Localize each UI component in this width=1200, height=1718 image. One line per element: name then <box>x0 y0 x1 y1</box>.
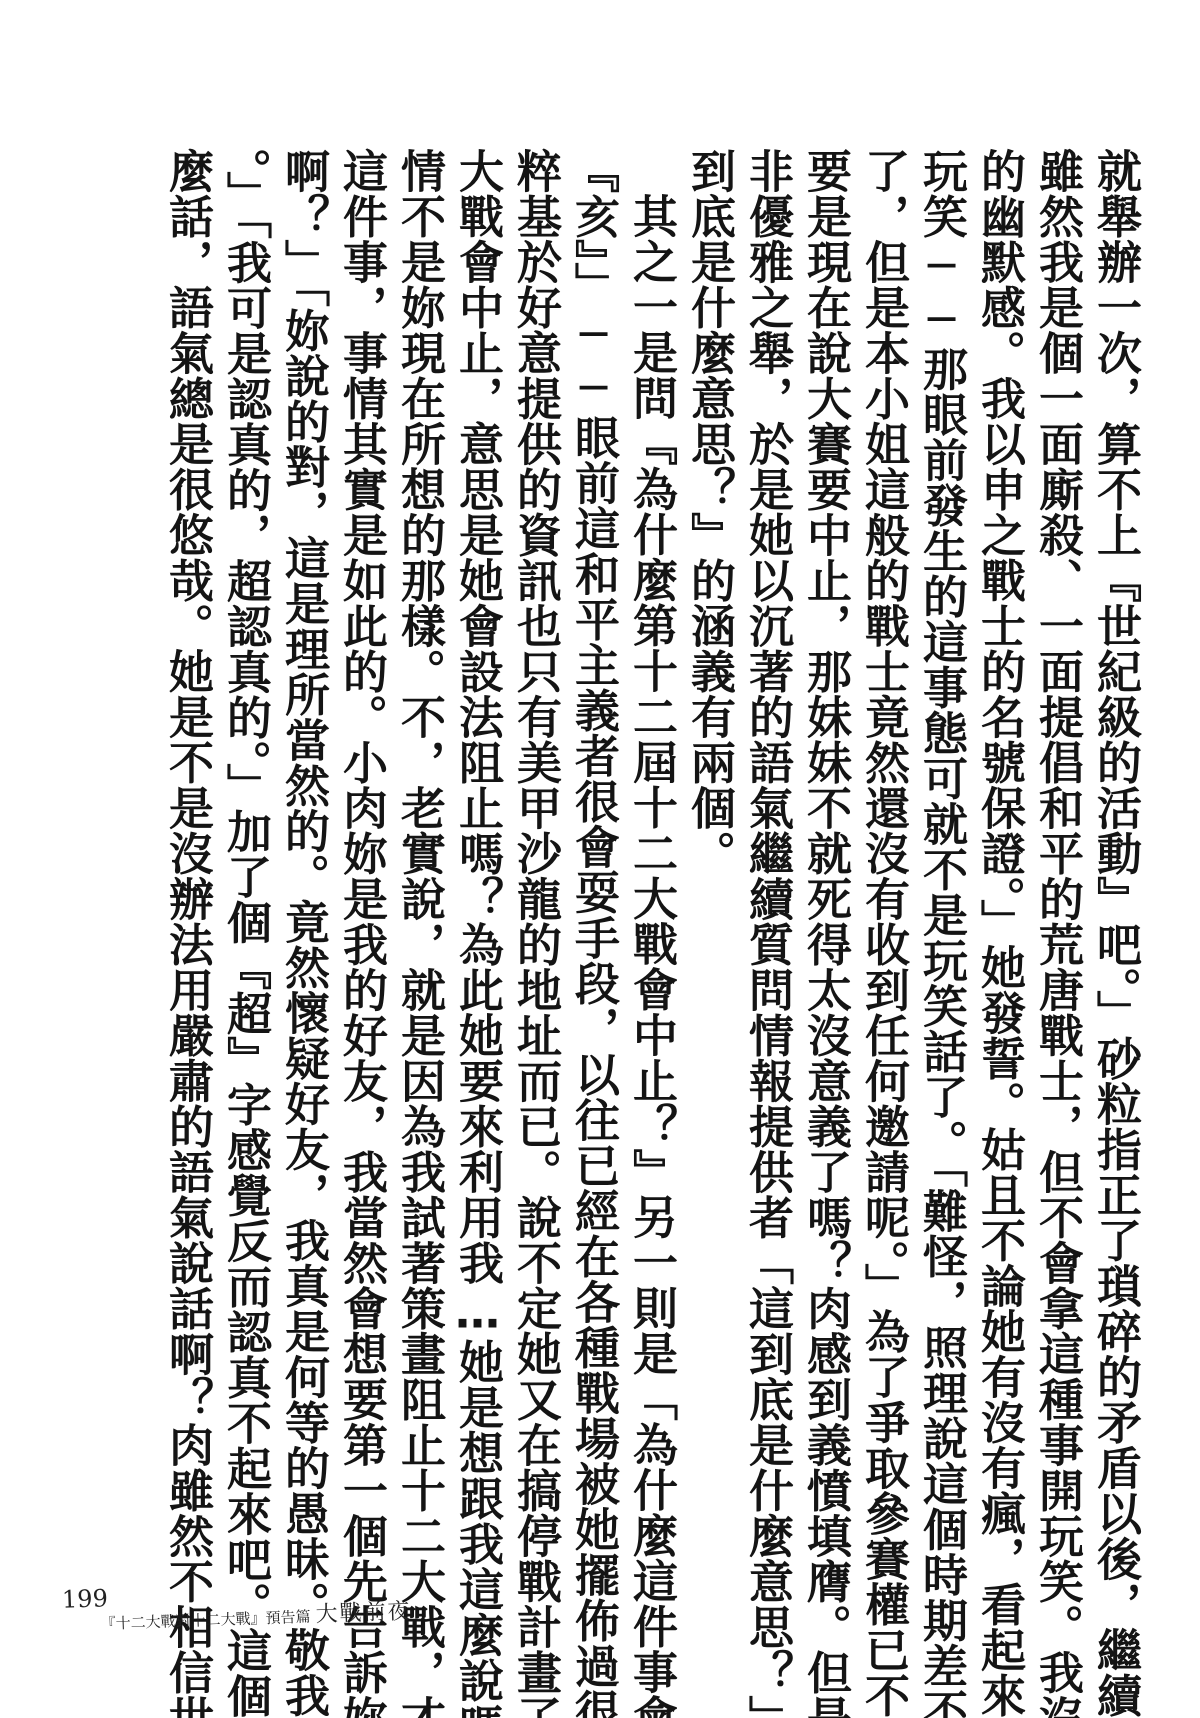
text-column-3: 的幽默感。我以申之戰士的名號保證。」她發誓。姑且不論她有沒有瘋，看起來的確不像是… <box>970 148 1028 1568</box>
text-column-2: 雖然我是個一面廝殺、一面提倡和平的荒唐戰士，但不會拿這種事開玩笑。我沒有那種神經… <box>1028 148 1086 1568</box>
text-column-6: 要是現在說大賽要中止，那妹妹不就死得太沒意義了嗎？肉感到義憤填膺。但是將怒意形於… <box>796 148 854 1568</box>
text-column-14: 這件事，事情其實是如此的。小肉妳是我的好友，我當然會想要第一個先告訴妳啊！妳說是… <box>332 148 390 1568</box>
text-column-17: 麼話，語氣總是很悠哉。她是不是沒辦法用嚴肅的語氣說話啊？肉雖然不相信世界上真的存… <box>158 148 216 1568</box>
text-column-11: 粹基於好意提供的資訊也只有美甲沙龍的地址而已。說不定她又在搞停戰計畫了。（…她說… <box>506 148 564 1568</box>
body-text-vertical: 就舉辦一次，算不上『世紀級的活動』吧。」砂粒指正了瑣碎的矛盾以後，繼續說著「我沒… <box>158 148 1144 1568</box>
running-head-chapter: 大戰前夜 <box>315 1599 412 1627</box>
text-column-12: 大戰會中止，意思是她會設法阻止嗎？為此她要來利用我…她是想跟我這麼說嗎？）「小肉… <box>448 148 506 1568</box>
book-page: 就舉辦一次，算不上『世紀級的活動』吧。」砂粒指正了瑣碎的矛盾以後，繼續說著「我沒… <box>0 0 1200 1718</box>
text-column-15: 啊？」「妳說的對，這是理所當然的。竟然懷疑好友，我真是何等的愚昧。敬我們的友情，… <box>274 148 332 1568</box>
text-column-5: 了，但是本小姐這般的戰士竟然還沒有收到任何邀請呢。」為了爭取參賽權已不惜殺害親妹… <box>854 148 912 1568</box>
text-column-8: 到底是什麼意思？』的涵義有兩個。 <box>680 148 738 1568</box>
text-column-1: 就舉辦一次，算不上『世紀級的活動』吧。」砂粒指正了瑣碎的矛盾以後，繼續說著「我沒… <box>1086 148 1144 1568</box>
text-column-9: 其之一是問『為什麼第十二屆十二大戰會中止？』另一則是「為什麼這件事會由『申』來告… <box>622 148 680 1568</box>
text-column-7: 非優雅之舉，於是她以沉著的語氣繼續質問情報提供者「這到底是什麼意思？」當然，這句… <box>738 148 796 1568</box>
text-column-13: 情不是妳現在所想的那樣。不，老實說，就是因為我試著策畫阻止十二大戰，才會比別人先… <box>390 148 448 1568</box>
text-column-10: 『亥』」──眼前這和平主義者很會耍手段，以往已經在各種戰場被她擺佈過很多次了。她… <box>564 148 622 1568</box>
text-column-16: 。」「我可是認真的，超認真的。」加了個『超』字感覺反而認真不起來吧。這個戰士不管… <box>216 148 274 1568</box>
running-head-series: 『十二大戰對十二大戰』預告篇 <box>100 1608 311 1633</box>
text-column-4: 玩笑──那眼前發生的這事態可就不是玩笑話了。「難怪，照理說這個時期差不多該收到招… <box>912 148 970 1568</box>
